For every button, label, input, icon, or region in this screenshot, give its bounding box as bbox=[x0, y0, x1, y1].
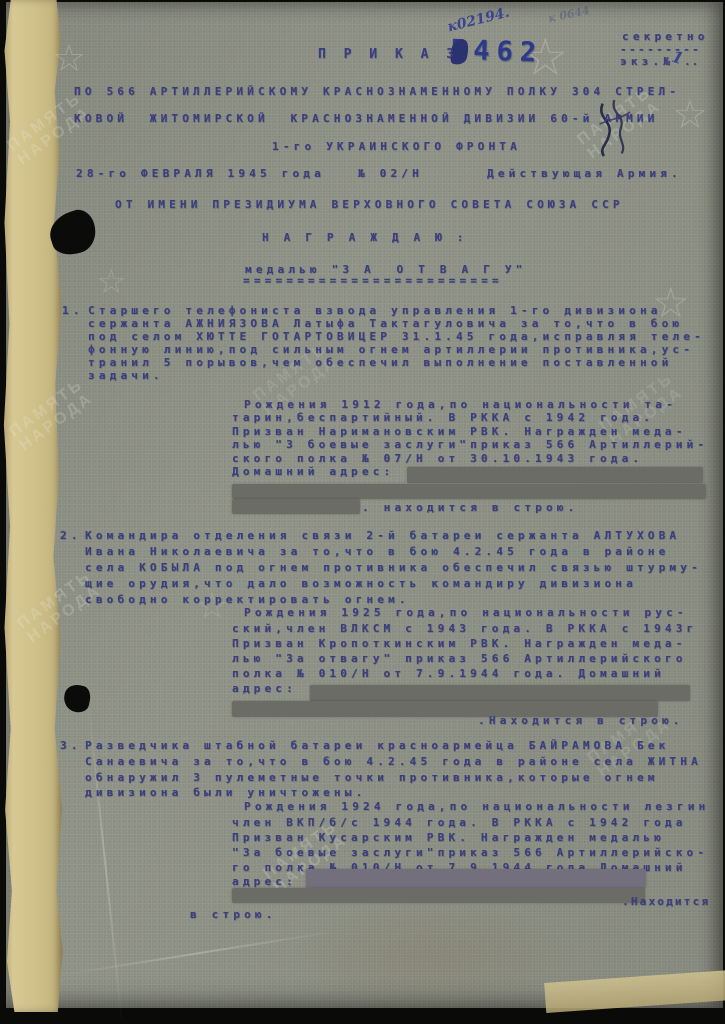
details-line: ский,член ВЛКСМ с 1943 года. В РККА с 19… bbox=[232, 622, 697, 635]
address-label: Домашний адрес: bbox=[232, 465, 394, 478]
citation-line: Старшего телефониста взвода управления 1… bbox=[88, 304, 662, 317]
status-line-part: .Находится bbox=[622, 895, 710, 908]
binding-strip bbox=[2, 0, 64, 1012]
preamble: ОТ ИМЕНИ ПРЕЗИДИУМА ВЕРХОВНОГО СОВЕТА СО… bbox=[115, 198, 624, 211]
redaction-bar bbox=[232, 888, 645, 903]
citation-line: дивизиона были уничтожены. bbox=[85, 786, 366, 799]
redaction-bar bbox=[232, 484, 706, 499]
header-line-3: 1-го УКРАИНСКОГО ФРОНТА bbox=[272, 140, 521, 153]
details-line: тарин,беспартийный. В РККА с 1942 года. bbox=[232, 411, 654, 424]
award-verb: Н А Г Р А Ж Д А Ю : bbox=[262, 231, 468, 244]
details-line: член ВКП/б/с 1944 года. В РККА с 1942 го… bbox=[232, 816, 687, 829]
medal-underline: ======================== bbox=[243, 274, 503, 287]
details-line: Призван Кусарским РВК. Награжден медалью bbox=[232, 831, 665, 844]
citation-line: Командира отделения связи 2-й батареи се… bbox=[85, 529, 680, 542]
details-line: Призван Кропоткинским РВК. Награжден мед… bbox=[232, 637, 687, 650]
header-line-1: ПО 566 АРТИЛЛЕРИЙСКОМУ КРАСНОЗНАМЕННОМУ … bbox=[74, 85, 680, 98]
redaction-bar bbox=[232, 499, 360, 514]
details-line: Призван Наримановским РВК. Награжден мед… bbox=[232, 425, 687, 438]
citation-line: Разведчика штабной батареи красноармейца… bbox=[85, 739, 669, 752]
citation-line: сержанта АЖНИЯЗОВА Латыфа Тактагуловича … bbox=[88, 317, 683, 330]
address-label: адрес: bbox=[232, 875, 297, 888]
details-line: полка № 010/Н от 7.9.1944 года. Домашний bbox=[232, 667, 665, 680]
details-line: ского полка № 07/Н от 30.10.1943 года. bbox=[232, 452, 643, 465]
handwritten-scribble bbox=[584, 92, 648, 161]
details-line: лью "За отвагу" приказ 566 Артиллерийско… bbox=[232, 652, 687, 665]
details-line: Рождения 1924 года,по национальности лез… bbox=[244, 800, 709, 813]
order-title: П Р И К А З bbox=[318, 47, 459, 62]
redaction-bar bbox=[306, 869, 646, 888]
citation-line: транил 5 порывов,чем обеспечил выполнени… bbox=[88, 356, 672, 369]
entry-number: 3. bbox=[60, 739, 82, 752]
status-line: . находится в строю. bbox=[362, 501, 578, 514]
citation-line: фонную линию,под сильным огнем артиллери… bbox=[88, 343, 694, 356]
citation-line: Санаевича за то,что в бою 4.2.45 года в … bbox=[85, 755, 702, 768]
paper-stain bbox=[280, 900, 580, 1010]
copy-dots: .. bbox=[684, 55, 699, 68]
citation-line: села КОБЫЛА под огнем противника обеспеч… bbox=[85, 561, 702, 574]
header-line-2: КОВОЙ ЖИТОМИРСКОЙ КРАСНОЗНАМЕННОЙ ДИВИЗИ… bbox=[74, 112, 658, 125]
details-line: Рождения 1912 года,по национальности та- bbox=[244, 398, 677, 411]
details-line: лью "3 боевые заслуги"приказ 566 Артилле… bbox=[232, 438, 708, 451]
details-line: "За боевые заслуги"приказ 566 Артиллерий… bbox=[232, 846, 708, 859]
entry-number: 2. bbox=[60, 529, 82, 542]
redaction-bar bbox=[310, 685, 690, 701]
entry-number: 1. bbox=[62, 304, 84, 317]
order-number: № 02/Н bbox=[358, 167, 423, 180]
details-line: Рождения 1925 года,по национальности рус… bbox=[244, 606, 688, 619]
citation-line: Ивана Николаевича за то,что в бою 4.2.45… bbox=[85, 545, 669, 558]
citation-line: щие орудия,что дало возможность командир… bbox=[85, 577, 637, 590]
status-line-part: в строю. bbox=[190, 908, 277, 921]
redaction-bar bbox=[407, 467, 703, 483]
address-label: адрес: bbox=[232, 682, 297, 695]
copy-label: экз.№ bbox=[620, 55, 674, 68]
order-date: 28-го ФЕВРАЛЯ 1945 года bbox=[76, 167, 325, 180]
document-scan: ПАМЯТЬНАРОДА ПАМЯТЬНАРОДА ПАМЯТЬНАРОДА П… bbox=[0, 0, 725, 1024]
citation-line: под селом ХЮТТЕ ГОТАРТОВИЦЕР 31.1.45 год… bbox=[88, 330, 705, 343]
citation-line: задачи. bbox=[88, 369, 164, 382]
acting-army-label: Действующая Армия. bbox=[487, 167, 682, 180]
status-line: .Находится в строю. bbox=[478, 714, 684, 727]
citation-line: обнаружил 3 пулеметные точки противника,… bbox=[85, 771, 659, 784]
citation-line: свободно корректировать огнем. bbox=[85, 593, 410, 606]
secret-label: секретно bbox=[622, 30, 709, 43]
